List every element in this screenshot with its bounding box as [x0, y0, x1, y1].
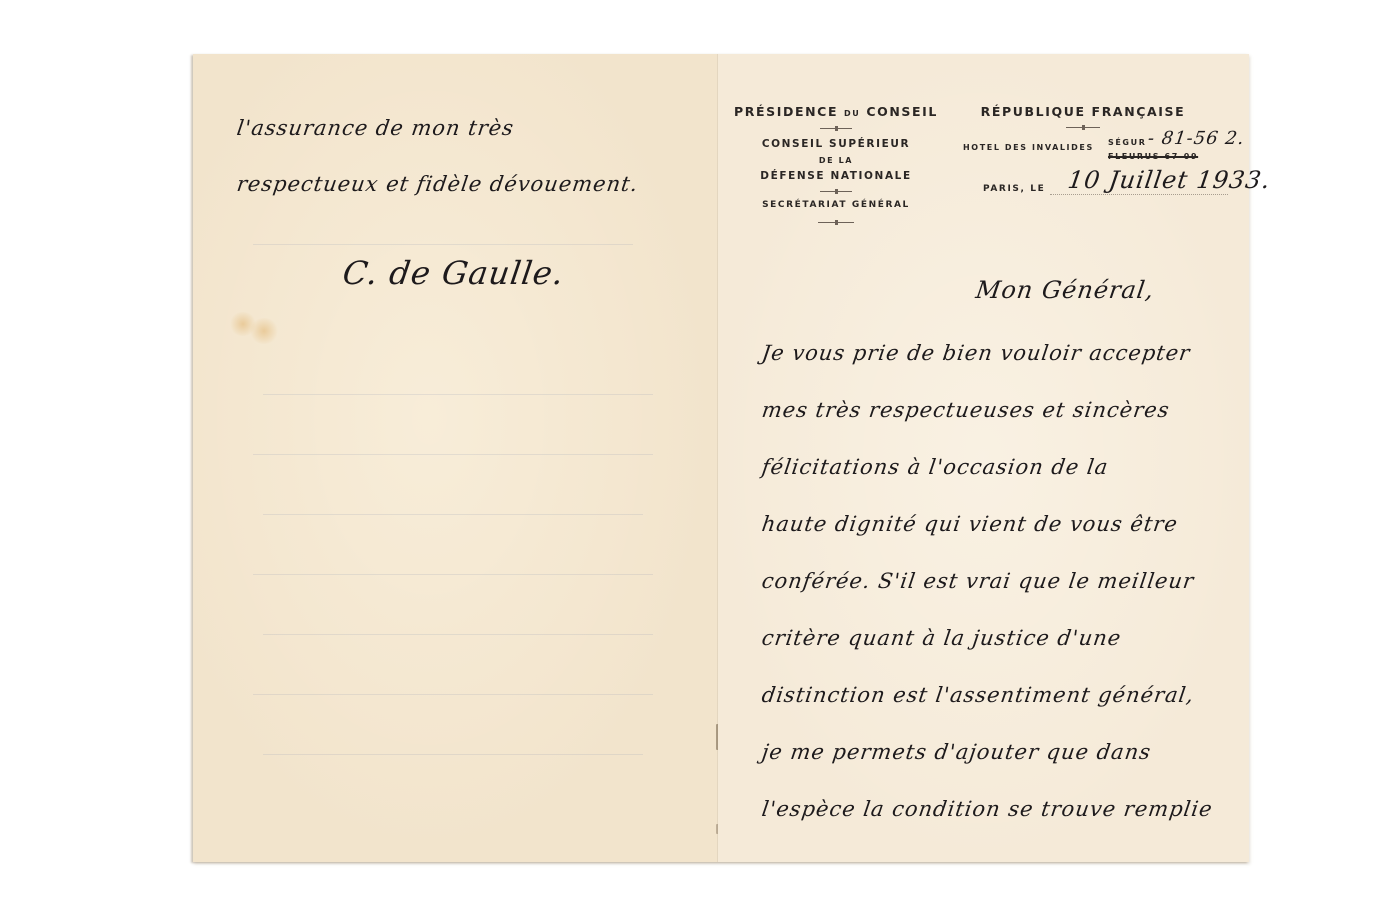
letterhead-de-la: de la: [732, 156, 940, 165]
body-line-3: félicitations à l'occasion de la: [760, 455, 1110, 479]
letterhead-place-label: Paris, le: [983, 184, 1045, 194]
paper-stain: [249, 318, 279, 344]
body-line-6: critère quant à la justice d'une: [760, 626, 1123, 650]
bleed-through-line: [263, 634, 653, 635]
bleed-through-line: [263, 394, 653, 395]
folded-letter-sheet: l'assurance de mon très respectueux et f…: [193, 54, 1249, 862]
letterhead-address: Hotel des Invalides: [963, 143, 1094, 152]
letterhead-phone-label: Ségur: [1108, 138, 1146, 147]
letterhead-conseil-superieur: Conseil Supérieur: [732, 138, 940, 150]
phone-number-struck: Fleurus 67-09: [1108, 152, 1198, 161]
body-line-9: l'espèce la condition se trouve remplie: [760, 797, 1214, 821]
bleed-through-line: [253, 574, 653, 575]
letterhead-presidence: Présidence du Conseil: [732, 104, 940, 119]
letterhead-du-word: du: [844, 109, 860, 118]
right-page: Présidence du Conseil Conseil Supérieur …: [718, 54, 1249, 862]
letterhead-secretariat-general: Secrétariat Général: [732, 200, 940, 210]
photo-stage: l'assurance de mon très respectueux et f…: [0, 0, 1382, 922]
body-line-1: Je vous prie de bien vouloir accepter: [760, 341, 1192, 365]
bleed-through-line: [263, 514, 643, 515]
phone-number-handwritten: - 81-56 2.: [1147, 128, 1247, 149]
letterhead-presidence-word: Présidence: [734, 104, 838, 119]
body-line-7: distinction est l'assentiment général,: [760, 683, 1195, 707]
letterhead-conseil-word: Conseil: [866, 104, 938, 119]
date-dotted-line: [1050, 194, 1228, 195]
left-page: l'assurance de mon très respectueux et f…: [193, 54, 718, 862]
letterhead-divider: [820, 191, 852, 192]
bleed-through-line: [253, 694, 653, 695]
closing-line-1: l'assurance de mon très: [235, 116, 515, 140]
body-line-5: conférée. S'il est vrai que le meilleur: [760, 569, 1196, 593]
date-handwritten: 10 Juillet 1933.: [1066, 166, 1272, 194]
signature: C. de Gaulle.: [340, 254, 566, 292]
body-line-4: haute dignité qui vient de vous être: [760, 512, 1179, 536]
bleed-through-line: [263, 754, 643, 755]
letterhead-divider: [1066, 127, 1100, 128]
letterhead-defense-nationale: Défense Nationale: [732, 170, 940, 182]
closing-line-2: respectueux et fidèle dévouement.: [235, 172, 640, 196]
bleed-through-line: [253, 454, 653, 455]
bleed-through-line: [253, 244, 633, 245]
body-line-2: mes très respectueuses et sincères: [760, 398, 1171, 422]
body-line-8: je me permets d'ajouter que dans: [760, 740, 1152, 764]
letterhead-divider: [818, 222, 854, 223]
salutation: Mon Général,: [974, 276, 1156, 304]
letterhead-republique-francaise: République Française: [968, 104, 1198, 119]
letterhead-divider: [820, 128, 852, 129]
